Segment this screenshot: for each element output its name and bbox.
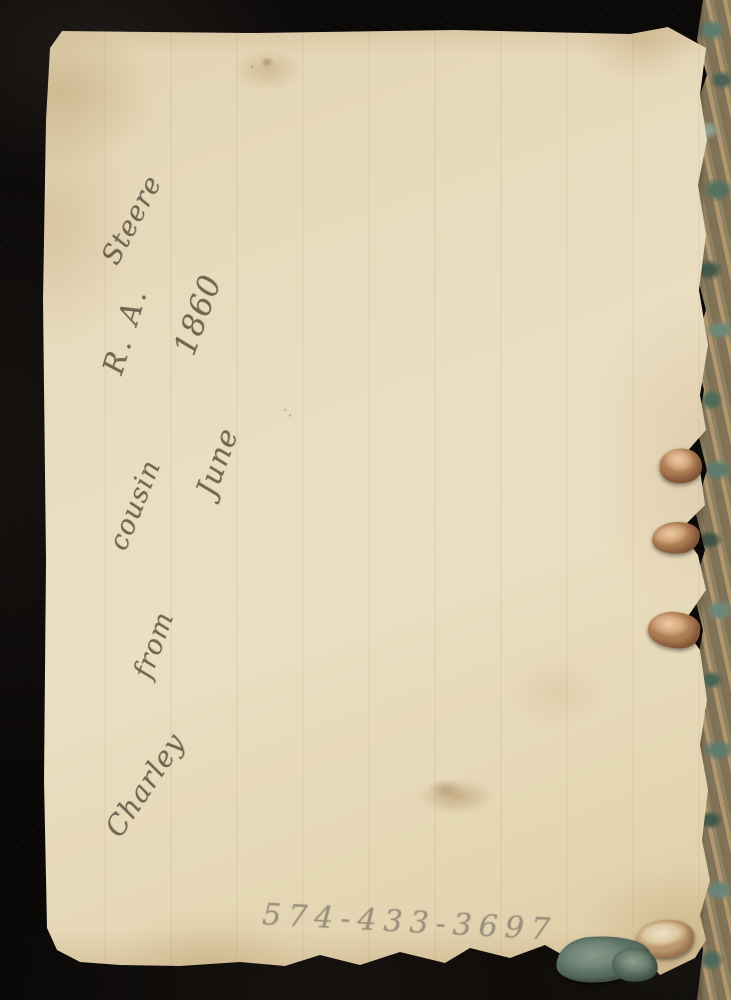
pencil-number: 574-433-3697 <box>261 897 558 947</box>
inscription-word-charley: Charley <box>98 727 191 843</box>
book-page: Charley from cousin R. A. Steere June 18… <box>40 27 710 977</box>
inscription-word-from: from <box>128 607 181 682</box>
inscription-word-cousin: cousin <box>103 455 167 554</box>
inscription-word-year: 1860 <box>167 270 229 360</box>
inscription-word-month: June <box>189 423 245 501</box>
photograph-of-book-flyleaf: Charley from cousin R. A. Steere June 18… <box>0 0 731 1000</box>
inscription-word-initials: R. A. <box>96 282 155 378</box>
inscription-word-surname: Steere <box>96 170 169 269</box>
